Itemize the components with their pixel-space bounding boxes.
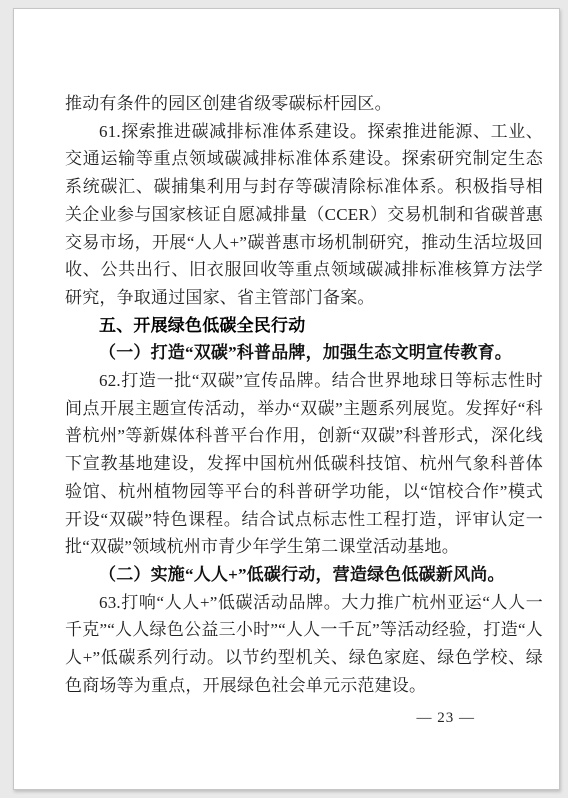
paragraph-item-63: 63.打响“人人+”低碳活动品牌。大力推广杭州亚运“人人一千克”“人人绿色公益三…: [65, 589, 543, 700]
paragraph-continuation: 推动有条件的园区创建省级零碳标杆园区。: [65, 90, 543, 118]
subsection-heading-1: （一）打造“双碳”科普品牌，加强生态文明宣传教育。: [65, 339, 543, 367]
paragraph-item-61: 61.探索推进碳减排标准体系建设。探索推进能源、工业、交通运输等重点领域碳减排标…: [65, 118, 543, 312]
page-number: — 23 —: [417, 710, 476, 727]
document-page: 推动有条件的园区创建省级零碳标杆园区。 61.探索推进碳减排标准体系建设。探索推…: [13, 8, 560, 790]
section-heading-5: 五、开展绿色低碳全民行动: [65, 312, 543, 340]
page-body-text: 推动有条件的园区创建省级零碳标杆园区。 61.探索推进碳减排标准体系建设。探索推…: [65, 90, 543, 699]
paragraph-item-62: 62.打造一批“双碳”宣传品牌。结合世界地球日等标志性时间点开展主题宣传活动，举…: [65, 367, 543, 561]
document-viewer-background: 推动有条件的园区创建省级零碳标杆园区。 61.探索推进碳减排标准体系建设。探索推…: [0, 0, 568, 798]
subsection-heading-2: （二）实施“人人+”低碳行动，营造绿色低碳新风尚。: [65, 561, 543, 589]
